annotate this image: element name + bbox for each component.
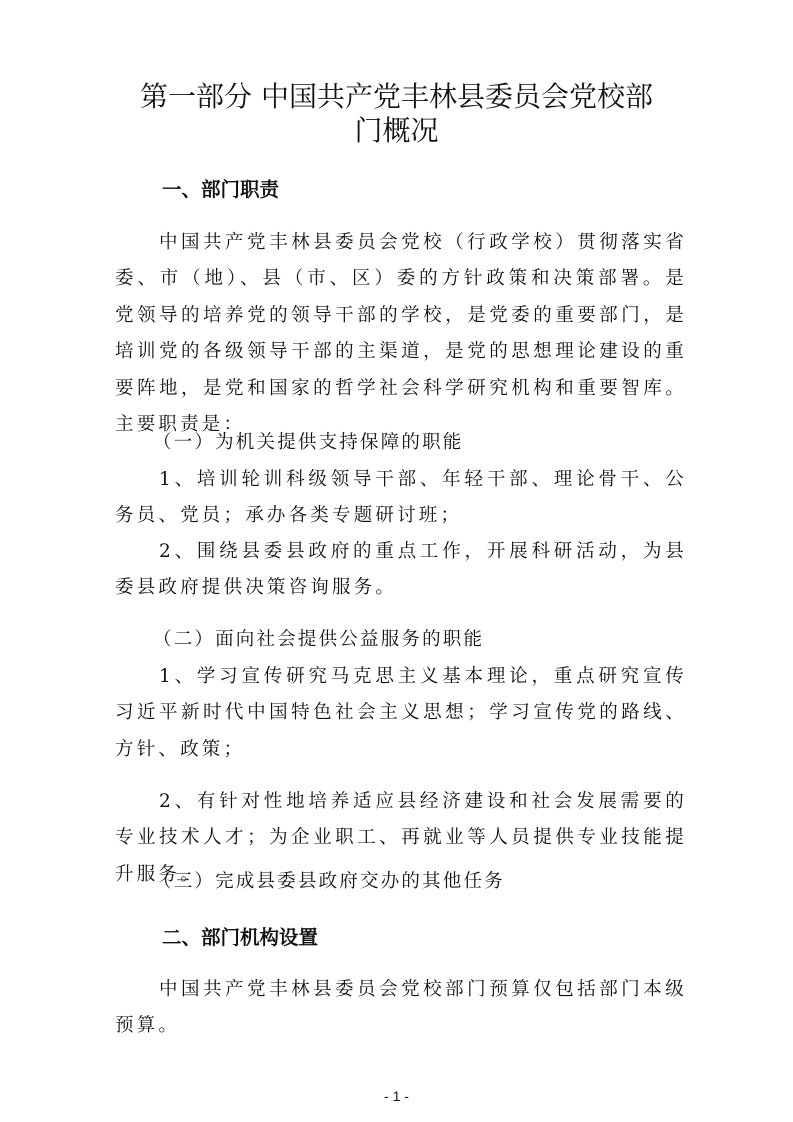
structure-paragraph: 中国共产党丰林县委员会党校部门预算仅包括部门本级预算。 — [115, 972, 687, 1045]
page-title: 第一部分 中国共产党丰林县委员会党校部 门概况 — [110, 80, 683, 148]
subsection-2-item-1: 1、学习宣传研究马克思主义基本理论，重点研究宣传习近平新时代中国特色社会主义思想… — [115, 659, 687, 768]
section-heading-duties: 一、部门职责 — [162, 178, 279, 202]
page-title-line-2: 门概况 — [110, 114, 683, 148]
subsection-1-item-2: 2、围绕县委县政府的重点工作，开展科研活动，为县委县政府提供决策咨询服务。 — [115, 534, 687, 607]
subsection-title-1: （一）为机关提供支持保障的职能 — [153, 425, 464, 461]
page-number: - 1 - — [0, 1088, 793, 1104]
page-title-line-1: 第一部分 中国共产党丰林县委员会党校部 — [110, 80, 683, 114]
subsection-title-2: （二）面向社会提供公益服务的职能 — [153, 622, 484, 658]
section-heading-structure: 二、部门机构设置 — [162, 926, 318, 950]
duties-intro-paragraph: 中国共产党丰林县委员会党校（行政学校）贯彻落实省委、市（地）、县（市、区）委的方… — [115, 225, 687, 443]
subsection-title-3: （三）完成县委县政府交办的其他任务 — [153, 864, 505, 900]
subsection-1-item-1: 1、培训轮训科级领导干部、年轻干部、理论骨干、公务员、党员；承办各类专题研讨班； — [115, 462, 687, 535]
